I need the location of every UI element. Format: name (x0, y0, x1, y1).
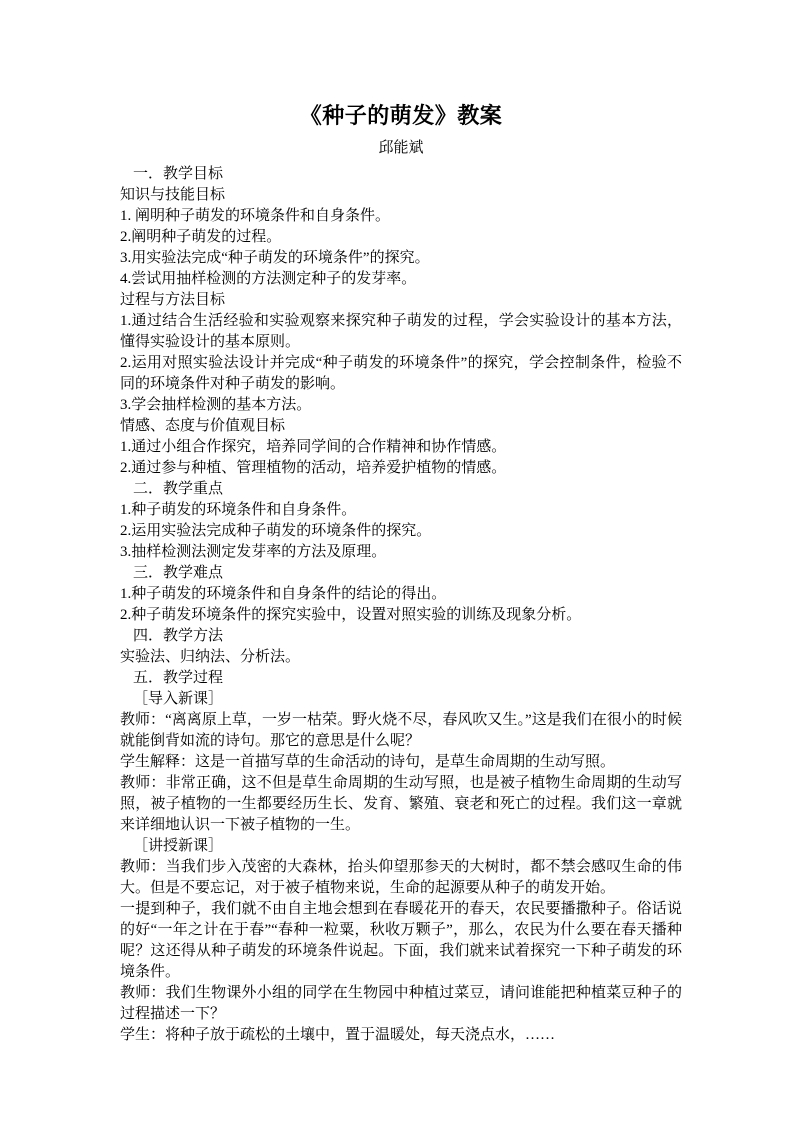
paragraph-line: ［讲授新课］ (120, 836, 682, 857)
paragraph-line: 1.通过小组合作探究，培养同学间的合作精神和协作情感。 (120, 437, 682, 458)
paragraph-line: 学生解释：这是一首描写草的生命活动的诗句，是草生命周期的生动写照。 (120, 752, 682, 773)
paragraph-line: 一．教学目标 (120, 164, 682, 185)
paragraph-line: 过程与方法目标 (120, 290, 682, 311)
paragraph-line: 4.尝试用抽样检测的方法测定种子的发芽率。 (120, 269, 682, 290)
document-title: 《种子的萌发》教案 (120, 101, 682, 131)
paragraph-line: 学生：将种子放于疏松的土壤中，置于温暖处，每天浇点水，…… (120, 1025, 682, 1046)
document-page: 《种子的萌发》教案 邱能斌 一．教学目标知识与技能目标1. 阐明种子萌发的环境条… (0, 0, 800, 1132)
paragraph-line: 2.运用实验法完成种子萌发的环境条件的探究。 (120, 521, 682, 542)
paragraph-line: 三．教学难点 (120, 563, 682, 584)
paragraph-line: 实验法、归纳法、分析法。 (120, 647, 682, 668)
document-body: 一．教学目标知识与技能目标1. 阐明种子萌发的环境条件和自身条件。2.阐明种子萌… (120, 164, 682, 1046)
paragraph-line: ［导入新课］ (120, 689, 682, 710)
paragraph-line: 教师：非常正确，这不但是草生命周期的生动写照，也是被子植物生命周期的生动写照，被… (120, 773, 682, 836)
paragraph-line: 五．教学过程 (120, 668, 682, 689)
paragraph-line: 四．教学方法 (120, 626, 682, 647)
paragraph-line: 1.通过结合生活经验和实验观察来探究种子萌发的过程，学会实验设计的基本方法，懂得… (120, 311, 682, 353)
paragraph-line: 一提到种子，我们就不由自主地会想到在春暖花开的春天，农民要播撒种子。俗话说的好“… (120, 899, 682, 983)
paragraph-line: 教师：我们生物课外小组的同学在生物园中种植过菜豆，请问谁能把种植菜豆种子的过程描… (120, 983, 682, 1025)
paragraph-line: 3.用实验法完成“种子萌发的环境条件”的探究。 (120, 248, 682, 269)
paragraph-line: 1.种子萌发的环境条件和自身条件。 (120, 500, 682, 521)
paragraph-line: 知识与技能目标 (120, 185, 682, 206)
paragraph-line: 1. 阐明种子萌发的环境条件和自身条件。 (120, 206, 682, 227)
paragraph-line: 2.阐明种子萌发的过程。 (120, 227, 682, 248)
paragraph-line: 3.学会抽样检测的基本方法。 (120, 395, 682, 416)
paragraph-line: 情感、态度与价值观目标 (120, 416, 682, 437)
paragraph-line: 教师：当我们步入茂密的大森林，抬头仰望那参天的大树时，都不禁会感叹生命的伟大。但… (120, 857, 682, 899)
paragraph-line: 2.运用对照实验法设计并完成“种子萌发的环境条件”的探究，学会控制条件，检验不同… (120, 353, 682, 395)
document-content: 《种子的萌发》教案 邱能斌 一．教学目标知识与技能目标1. 阐明种子萌发的环境条… (120, 101, 682, 1046)
paragraph-line: 2.种子萌发环境条件的探究实验中，设置对照实验的训练及现象分析。 (120, 605, 682, 626)
paragraph-line: 3.抽样检测法测定发芽率的方法及原理。 (120, 542, 682, 563)
paragraph-line: 教师：“离离原上草，一岁一枯荣。野火烧不尽，春风吹又生。”这是我们在很小的时候就… (120, 710, 682, 752)
paragraph-line: 二．教学重点 (120, 479, 682, 500)
paragraph-line: 1.种子萌发的环境条件和自身条件的结论的得出。 (120, 584, 682, 605)
document-author: 邱能斌 (120, 138, 682, 159)
paragraph-line: 2.通过参与种植、管理植物的活动，培养爱护植物的情感。 (120, 458, 682, 479)
